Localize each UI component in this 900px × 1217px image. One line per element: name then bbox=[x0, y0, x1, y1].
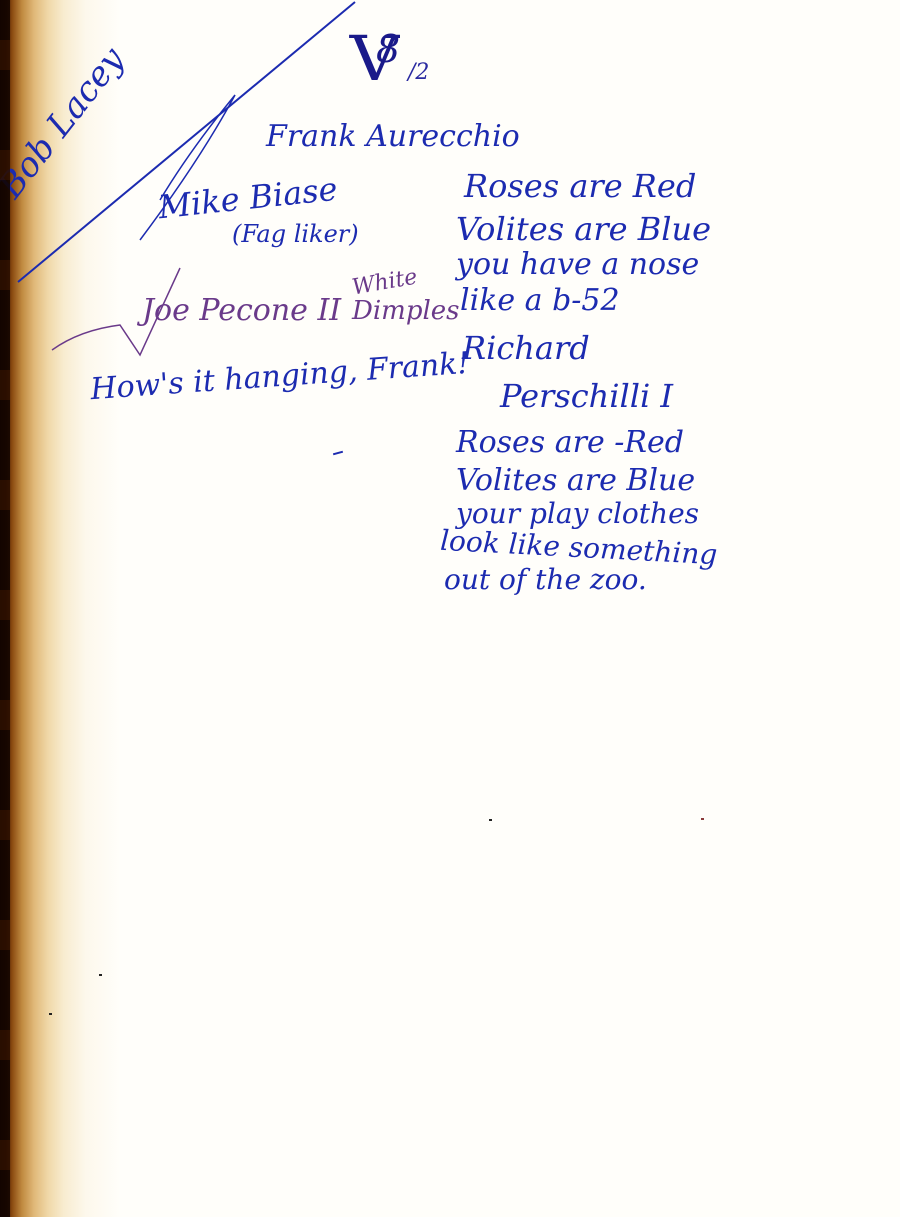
note-dimples: Dimples bbox=[352, 298, 460, 324]
poem-1-line-1: Roses are Red bbox=[464, 170, 696, 202]
signature-joe-pecone: Joe Pecone II bbox=[142, 296, 341, 326]
poem-1-line-4: like a b-52 bbox=[460, 286, 620, 316]
signature-frank-aurecchio: Frank Aurecchio bbox=[266, 122, 520, 152]
poem-2-line-3: your play clothes bbox=[456, 500, 699, 528]
note-mike-biase: (Fag liker) bbox=[232, 222, 359, 246]
ink-speck bbox=[49, 1013, 52, 1015]
ink-dash bbox=[333, 451, 343, 456]
ink-speck bbox=[99, 974, 102, 976]
signature-perschilli: Perschilli I bbox=[500, 380, 673, 412]
poem-2-line-5: out of the zoo. bbox=[444, 566, 647, 594]
poem-2-line-1: Roses are -Red bbox=[456, 428, 684, 458]
poem-2-line-2: Volites are Blue bbox=[456, 466, 695, 496]
ink-speck bbox=[489, 819, 492, 821]
poem-1-line-3: you have a nose bbox=[456, 250, 699, 280]
signature-richard: Richard bbox=[462, 332, 590, 364]
poem-1-line-2: Volites are Blue bbox=[456, 213, 711, 245]
ink-speck bbox=[701, 818, 704, 820]
autograph-page: V 8 /2 Bob Lacey Frank Aurecchio Mike Bi… bbox=[0, 0, 900, 1217]
